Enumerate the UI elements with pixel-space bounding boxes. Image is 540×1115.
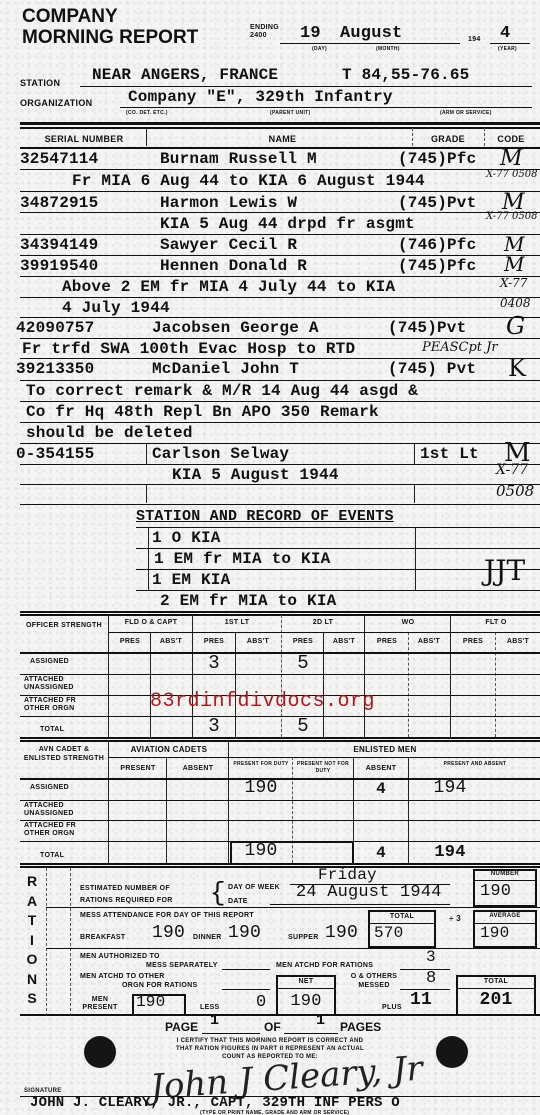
breakfast-value: 190	[152, 923, 185, 943]
row-code: M	[500, 146, 523, 171]
group-flt-o: FLT O	[452, 619, 540, 626]
others-messed-label: O & OTHERS MESSED	[344, 972, 404, 990]
men-present-label: MEN PRESENT	[80, 996, 120, 1012]
row-label-assigned: ASSIGNED	[30, 784, 69, 791]
row-serial: 34394149	[20, 236, 98, 254]
initials-mark: JJT	[484, 554, 525, 587]
row-remark: 4 July 1944	[62, 299, 170, 317]
assigned-2d-lt-pres: 5	[283, 652, 323, 674]
row-label-assigned: ASSIGNED	[30, 658, 69, 665]
year-caption: (YEAR)	[498, 46, 517, 52]
row-name: Carlson Selway	[152, 445, 289, 463]
number-box-value: 190	[480, 882, 511, 901]
row-code: K	[508, 354, 526, 382]
date-value: 24 August 1944	[296, 883, 442, 902]
officer-strength-label: OFFICER STRENGTH	[24, 622, 104, 629]
report-month: August	[340, 24, 402, 43]
organization-value: Company "E", 329th Infantry	[128, 88, 393, 106]
col-grade-header: GRADE	[418, 134, 478, 144]
group-enlisted-men: ENLISTED MEN	[230, 745, 540, 754]
row-serial: 42090757	[16, 319, 94, 337]
total-pages: 1	[316, 1012, 325, 1029]
sub-pres: PRES	[110, 638, 150, 645]
year-prefix: 194	[468, 36, 481, 43]
row-remark: Fr MIA 6 Aug 44 to KIA 6 August 1944	[72, 172, 425, 190]
row-code: X-77	[496, 462, 528, 478]
row-serial: 32547114	[20, 150, 98, 168]
row-grade: (745)Pvt	[388, 319, 466, 337]
orgn-for-rations-label: ORGN FOR RATIONS	[122, 982, 197, 989]
assigned-present-for-duty: 190	[230, 778, 292, 798]
rations-total-label: TOTAL	[458, 978, 534, 985]
station-value: NEAR ANGERS, FRANCE	[92, 66, 278, 84]
less-label: LESS	[200, 1004, 219, 1011]
org-caption-parent: (PARENT UNIT)	[270, 110, 310, 116]
row-serial: 39213350	[16, 360, 94, 378]
event-line: 2 EM fr MIA to KIA	[160, 592, 336, 610]
row-code: G	[506, 312, 525, 340]
signature-label: SIGNATURE	[24, 1088, 62, 1094]
org-caption-unit: (CO. DET. ETC.)	[126, 110, 168, 116]
col-serial-header: SERIAL NUMBER	[24, 134, 144, 144]
total-absent: 4	[355, 844, 407, 862]
day-caption: (DAY)	[312, 46, 327, 52]
sub-abst: ABS'T	[151, 638, 191, 645]
event-line: 1 EM KIA	[152, 571, 230, 589]
row-remark: KIA 5 Aug 44 drpd fr asgmt	[160, 215, 415, 233]
col-code-header: CODE	[484, 134, 538, 144]
row-grade: (745)Pfc	[398, 257, 476, 275]
watermark-text: 83rdinfdivdocs.org	[150, 690, 375, 713]
dinner-label: DINNER	[193, 934, 222, 941]
row-label-total: TOTAL	[40, 726, 64, 733]
row-grade: (745)Pvt	[398, 194, 476, 212]
col-present: PRESENT	[110, 765, 166, 772]
rations-letter: S	[24, 989, 40, 1009]
row-grade: 1st Lt	[420, 445, 479, 463]
row-label-attached-other: ATTACHED FR OTHER ORGN	[24, 822, 104, 838]
row-name: Burnam Russell M	[160, 150, 317, 168]
punch-hole-left	[84, 1036, 116, 1068]
event-line: 1 O KIA	[152, 529, 221, 547]
row-label-attached-unassigned: ATTACHED UNASSIGNED	[24, 676, 104, 692]
row-grade: (746)Pfc	[398, 236, 476, 254]
row-code: X-77 0508	[486, 170, 538, 179]
row-name: McDaniel John T	[152, 360, 299, 378]
average-label: AVERAGE	[475, 913, 535, 919]
total-present-and-absent: 194	[410, 843, 490, 862]
men-atchd-for-rations-value: 3	[426, 948, 436, 966]
cert-line1: I CERTIFY THAT THIS MORNING REPORT IS CO…	[140, 1037, 400, 1045]
total-2d-lt-pres: 5	[283, 715, 323, 737]
row-grade: (745) Pvt	[388, 360, 476, 378]
sub-abst: ABS'T	[409, 638, 449, 645]
rations-letter: O	[24, 950, 40, 970]
org-caption-arm: (ARM OR SERVICE)	[440, 110, 492, 116]
supper-value: 190	[325, 923, 358, 943]
row-name: Jacobsen George A	[152, 319, 319, 337]
row-label-attached-other: ATTACHED FR OTHER ORGN	[24, 697, 104, 713]
sub-pres: PRES	[366, 638, 408, 645]
row-remark: should be deleted	[26, 424, 193, 442]
form-title: COMPANY MORNING REPORT	[22, 6, 198, 48]
row-serial: 39919540	[20, 257, 98, 275]
row-code: M	[504, 252, 524, 276]
col-absent: ABSENT	[168, 765, 228, 772]
form-title-line2: MORNING REPORT	[22, 27, 198, 48]
row-remark: KIA 5 August 1944	[172, 466, 339, 484]
signer-name: JOHN J. CLEARY, JR., CAPT, 329TH INF PER…	[30, 1095, 400, 1111]
day-of-week-label: DAY OF WEEK	[228, 884, 280, 891]
sub-abst: ABS'T	[236, 638, 280, 645]
group-aviation-cadets: AVIATION CADETS	[110, 745, 228, 754]
mess-separately-label: MESS SEPARATELY	[146, 962, 218, 969]
signer-caption: (TYPE OR PRINT NAME, GRADE AND ARM OR SE…	[200, 1110, 349, 1115]
less-value: 0	[256, 993, 266, 1012]
station-label: STATION	[20, 78, 60, 88]
group-1st-lt: 1ST LT	[194, 619, 280, 626]
supper-label: SUPPER	[288, 934, 319, 941]
sub-abst: ABS'T	[496, 638, 540, 645]
estimated-rations-label: ESTIMATED NUMBER OF	[80, 885, 170, 892]
plus-value: 11	[410, 990, 432, 1010]
brace: {	[210, 878, 226, 908]
rations-side-label: R A T I O N S	[24, 872, 40, 1009]
rations-letter: A	[24, 892, 40, 912]
row-serial: 0-354155	[16, 445, 94, 463]
month-caption: (MONTH)	[376, 46, 400, 52]
row-grade: (745)Pfc	[398, 150, 476, 168]
mess-total-value: 570	[374, 924, 403, 942]
report-year: 4	[500, 24, 510, 43]
others-label-line2: MESSED	[344, 981, 404, 990]
row-code: 0508	[496, 482, 534, 500]
mess-attendance-label: MESS ATTENDANCE FOR DAY OF THIS REPORT	[80, 912, 254, 919]
others-messed-value: 8	[426, 969, 436, 988]
row-label-attached-unassigned: ATTACHED UNASSIGNED	[24, 802, 104, 818]
assigned-1st-lt-pres: 3	[194, 652, 234, 674]
document-page: COMPANY MORNING REPORT ENDING 2400 19 Au…	[0, 0, 540, 1115]
men-atchd-other-label: MEN ATCHD TO OTHER	[80, 973, 165, 980]
station-coords: T 84,55-76.65	[342, 66, 469, 84]
row-handnote: PEASCpt Jr	[422, 340, 498, 355]
men-atchd-for-rations-label: MEN ATCHD FOR RATIONS	[276, 962, 373, 969]
row-code: X-77	[500, 276, 527, 290]
average-value: 190	[480, 924, 509, 942]
rations-total-value: 201	[458, 990, 534, 1010]
row-remark: Co fr Hq 48th Repl Bn APO 350 Remark	[26, 403, 379, 421]
date-label: DATE	[228, 898, 248, 905]
punch-hole-right	[436, 1036, 468, 1068]
rations-letter: T	[24, 911, 40, 931]
page-label: PAGE	[165, 1020, 198, 1034]
page-number: 1	[210, 1012, 219, 1029]
others-label-line1: O & OTHERS	[344, 972, 404, 981]
col-name-header: NAME	[150, 134, 415, 144]
day-of-week-value: Friday	[318, 866, 377, 884]
breakfast-label: BREAKFAST	[80, 934, 125, 941]
sub-pres: PRES	[194, 638, 234, 645]
event-line: 1 EM fr MIA to KIA	[154, 550, 330, 568]
rations-letter: R	[24, 872, 40, 892]
dinner-value: 190	[228, 923, 261, 943]
assigned-present-and-absent: 194	[410, 778, 490, 798]
enlisted-strength-label: AVN CADET & ENLISTED STRENGTH	[22, 745, 106, 763]
row-name: Harmon Lewis W	[160, 194, 297, 212]
col-absent-em: ABSENT	[355, 765, 407, 772]
col-present-not-for-duty: PRESENT NOT FOR DUTY	[294, 761, 352, 775]
number-box-label: NUMBER	[475, 871, 535, 877]
row-serial: 34872915	[20, 194, 98, 212]
row-remark: Fr trfd SWA 100th Evac Hosp to RTD	[22, 340, 355, 358]
col-present-and-absent: PRESENT AND ABSENT	[410, 761, 540, 768]
col-present-for-duty: PRESENT FOR DUTY	[230, 761, 292, 768]
group-2d-lt: 2D LT	[283, 619, 363, 626]
total-1st-lt-pres: 3	[194, 715, 234, 737]
group-wo: WO	[366, 619, 450, 626]
men-present-value: 190	[136, 993, 165, 1011]
ending-label: ENDING 2400	[250, 24, 276, 40]
row-label-total: TOTAL	[40, 852, 64, 859]
form-title-line1: COMPANY	[22, 6, 198, 27]
events-title: STATION AND RECORD OF EVENTS	[136, 508, 394, 525]
sub-pres: PRES	[283, 638, 323, 645]
rations-letter: I	[24, 931, 40, 951]
organization-label: ORGANIZATION	[20, 98, 92, 108]
plus-label: PLUS	[382, 1004, 402, 1011]
row-name: Sawyer Cecil R	[160, 236, 297, 254]
net-value: 190	[278, 992, 334, 1011]
sub-pres: PRES	[452, 638, 494, 645]
group-fld-o-capt: FLD O & CAPT	[110, 619, 192, 626]
pages-label: PAGES	[340, 1020, 381, 1034]
of-label: OF	[264, 1020, 281, 1034]
row-remark: To correct remark & M/R 14 Aug 44 asgd &	[26, 382, 418, 400]
men-authorized-label: MEN AUTHORIZED TO	[80, 953, 160, 960]
row-code: 0408	[500, 296, 531, 310]
net-label: NET	[278, 978, 334, 985]
row-remark: Above 2 EM fr MIA 4 July 44 to KIA	[62, 278, 395, 296]
total-present-for-duty: 190	[230, 841, 292, 861]
sub-abst: ABS'T	[324, 638, 364, 645]
estimated-rations-label2: RATIONS REQUIRED FOR	[80, 897, 173, 904]
report-day: 19	[300, 24, 321, 43]
row-code: X-77 0508	[486, 212, 538, 221]
row-name: Hennen Donald R	[160, 257, 307, 275]
assigned-absent: 4	[355, 780, 407, 798]
divide-by-three: ÷ 3	[448, 914, 462, 924]
mess-total-label: TOTAL	[370, 913, 434, 920]
rations-letter: N	[24, 970, 40, 990]
